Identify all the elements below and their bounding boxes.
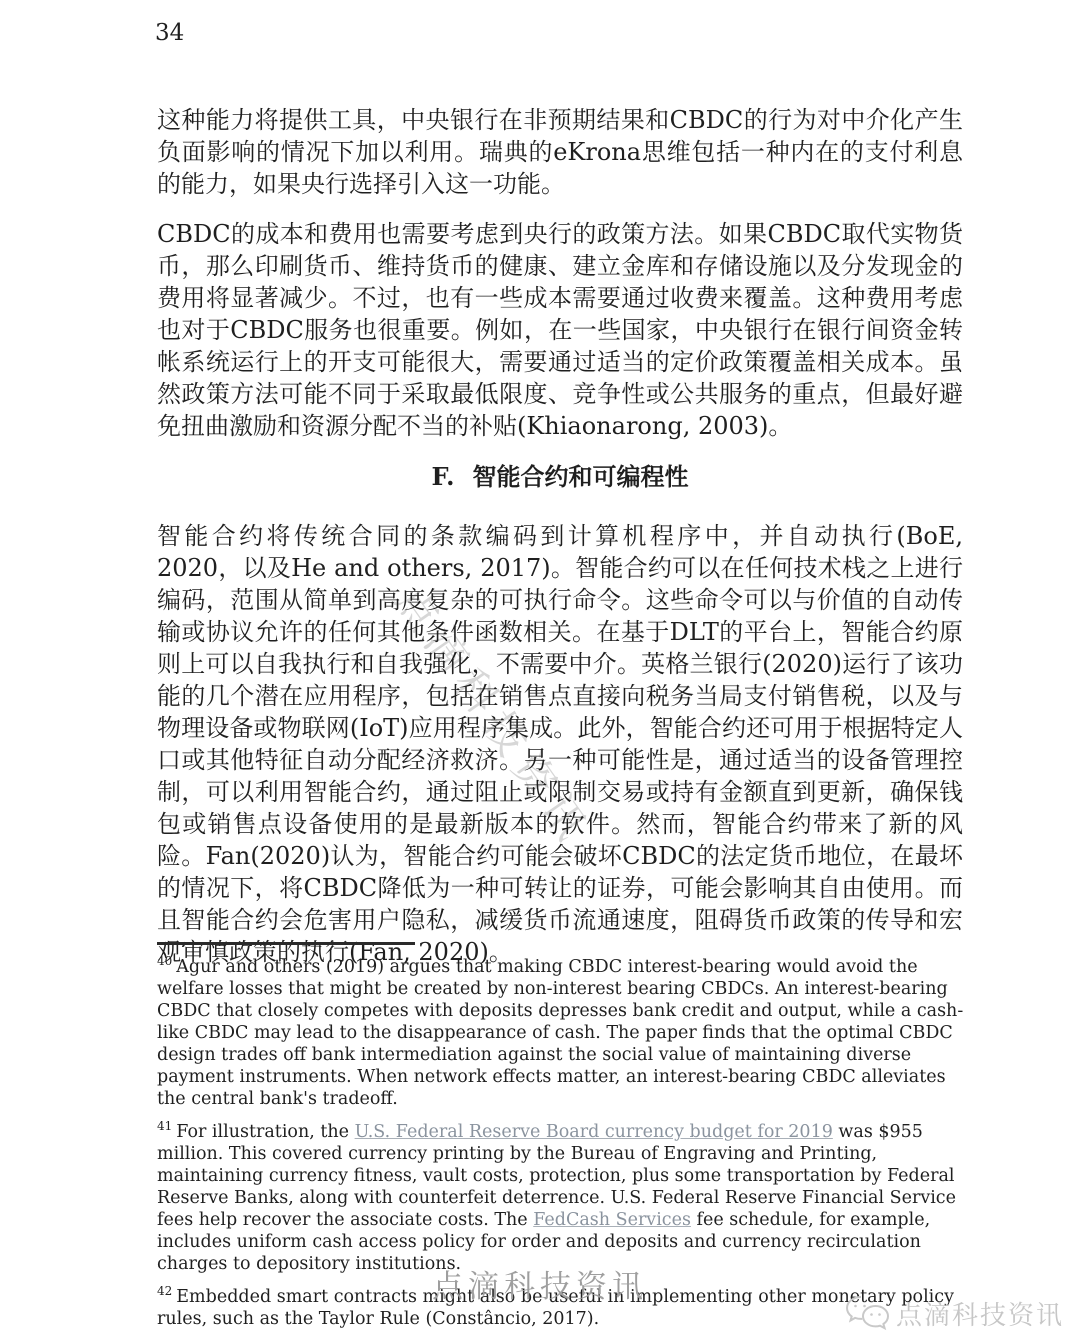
document-page: 34 点滴科技资讯 这种能力将提供工具，中央银行在非预期结果和CBDC的行为对中… — [0, 0, 1080, 1337]
section-heading-smart-contracts: F.智能合约和可编程性 — [157, 460, 963, 493]
page-number: 34 — [155, 20, 184, 46]
publisher-logo: 点滴科技资讯 — [844, 1294, 1064, 1332]
footnote-41-marker: 41 — [157, 1119, 172, 1133]
footnote-separator — [157, 942, 415, 945]
paragraph-smart-contracts: 智能合约将传统合同的条款编码到计算机程序中，并自动执行(BoE, 2020，以及… — [157, 520, 963, 968]
paragraph-cbdc-costs: CBDC的成本和费用也需要考虑到央行的政策方法。如果CBDC取代实物货币，那么印… — [157, 218, 963, 442]
footnote-40: 40Agur and others (2019) argues that mak… — [157, 956, 965, 1110]
footnote-41-text-pre: For illustration, the — [176, 1122, 354, 1142]
publisher-logo-text: 点滴科技资讯 — [896, 1295, 1064, 1332]
footnote-40-text: Agur and others (2019) argues that makin… — [157, 957, 963, 1109]
footnote-40-marker: 40 — [157, 954, 172, 968]
section-heading-title: 智能合约和可编程性 — [472, 462, 688, 491]
page-body: 这种能力将提供工具，中央银行在非预期结果和CBDC的行为对中介化产生负面影响的情… — [157, 104, 963, 986]
fedcash-services-link[interactable]: FedCash Services — [533, 1210, 691, 1230]
section-heading-label: F. — [432, 462, 455, 491]
fed-budget-link[interactable]: U.S. Federal Reserve Board currency budg… — [355, 1122, 833, 1142]
wechat-icon — [844, 1294, 890, 1332]
footnote-41: 41For illustration, the U.S. Federal Res… — [157, 1121, 965, 1275]
paragraph-ekrona: 这种能力将提供工具，中央银行在非预期结果和CBDC的行为对中介化产生负面影响的情… — [157, 104, 963, 200]
